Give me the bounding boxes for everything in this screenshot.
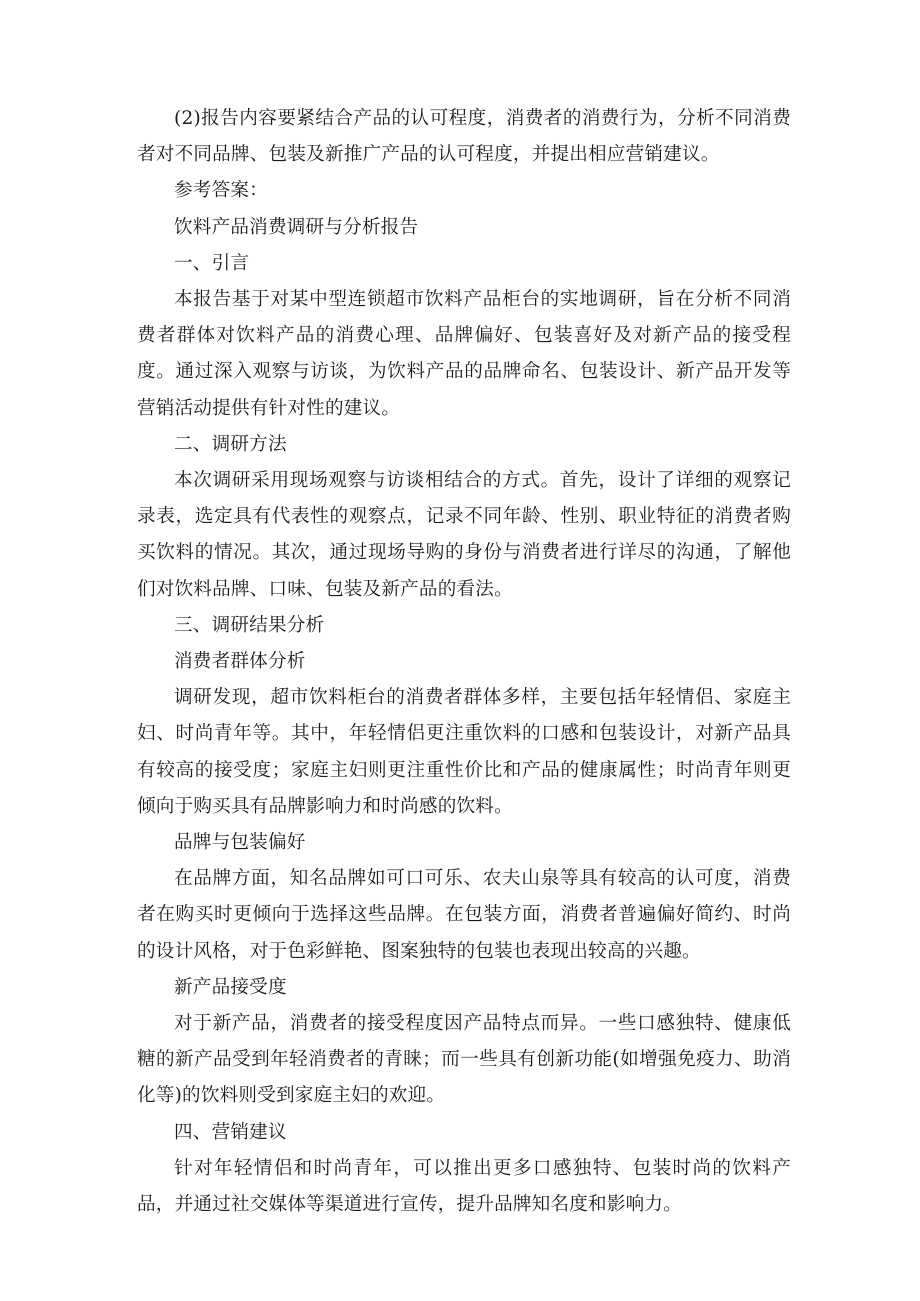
introduction-paragraph: 本报告基于对某中型连锁超市饮料产品柜台的实地调研，旨在分析不同消费者群体对饮料产… bbox=[137, 282, 791, 427]
report-title: 饮料产品消费调研与分析报告 bbox=[137, 210, 791, 246]
section-heading-results: 三、调研结果分析 bbox=[137, 608, 791, 644]
consumer-groups-paragraph: 调研发现，超市饮料柜台的消费者群体多样，主要包括年轻情侣、家庭主妇、时尚青年等。… bbox=[137, 680, 791, 825]
answer-label: 参考答案： bbox=[137, 173, 791, 209]
section-heading-marketing-suggestions: 四、营销建议 bbox=[137, 1115, 791, 1151]
new-product-acceptance-paragraph: 对于新产品，消费者的接受程度因产品特点而异。一些口感独特、健康低糖的新产品受到年… bbox=[137, 1006, 791, 1115]
subsection-heading-brand-packaging: 品牌与包装偏好 bbox=[137, 825, 791, 861]
question-text: (2)报告内容要紧结合产品的认可程度，消费者的消费行为，分析不同消费者对不同品牌… bbox=[137, 101, 791, 173]
document-page: (2)报告内容要紧结合产品的认可程度，消费者的消费行为，分析不同消费者对不同品牌… bbox=[137, 101, 791, 1223]
section-heading-methodology: 二、调研方法 bbox=[137, 427, 791, 463]
subsection-heading-new-product-acceptance: 新产品接受度 bbox=[137, 970, 791, 1006]
section-heading-introduction: 一、引言 bbox=[137, 246, 791, 282]
methodology-paragraph: 本次调研采用现场观察与访谈相结合的方式。首先，设计了详细的观察记录表，选定具有代… bbox=[137, 463, 791, 608]
brand-packaging-paragraph: 在品牌方面，知名品牌如可口可乐、农夫山泉等具有较高的认可度，消费者在购买时更倾向… bbox=[137, 861, 791, 970]
subsection-heading-consumer-groups: 消费者群体分析 bbox=[137, 644, 791, 680]
marketing-suggestions-paragraph: 针对年轻情侣和时尚青年，可以推出更多口感独特、包装时尚的饮料产品，并通过社交媒体… bbox=[137, 1151, 791, 1223]
